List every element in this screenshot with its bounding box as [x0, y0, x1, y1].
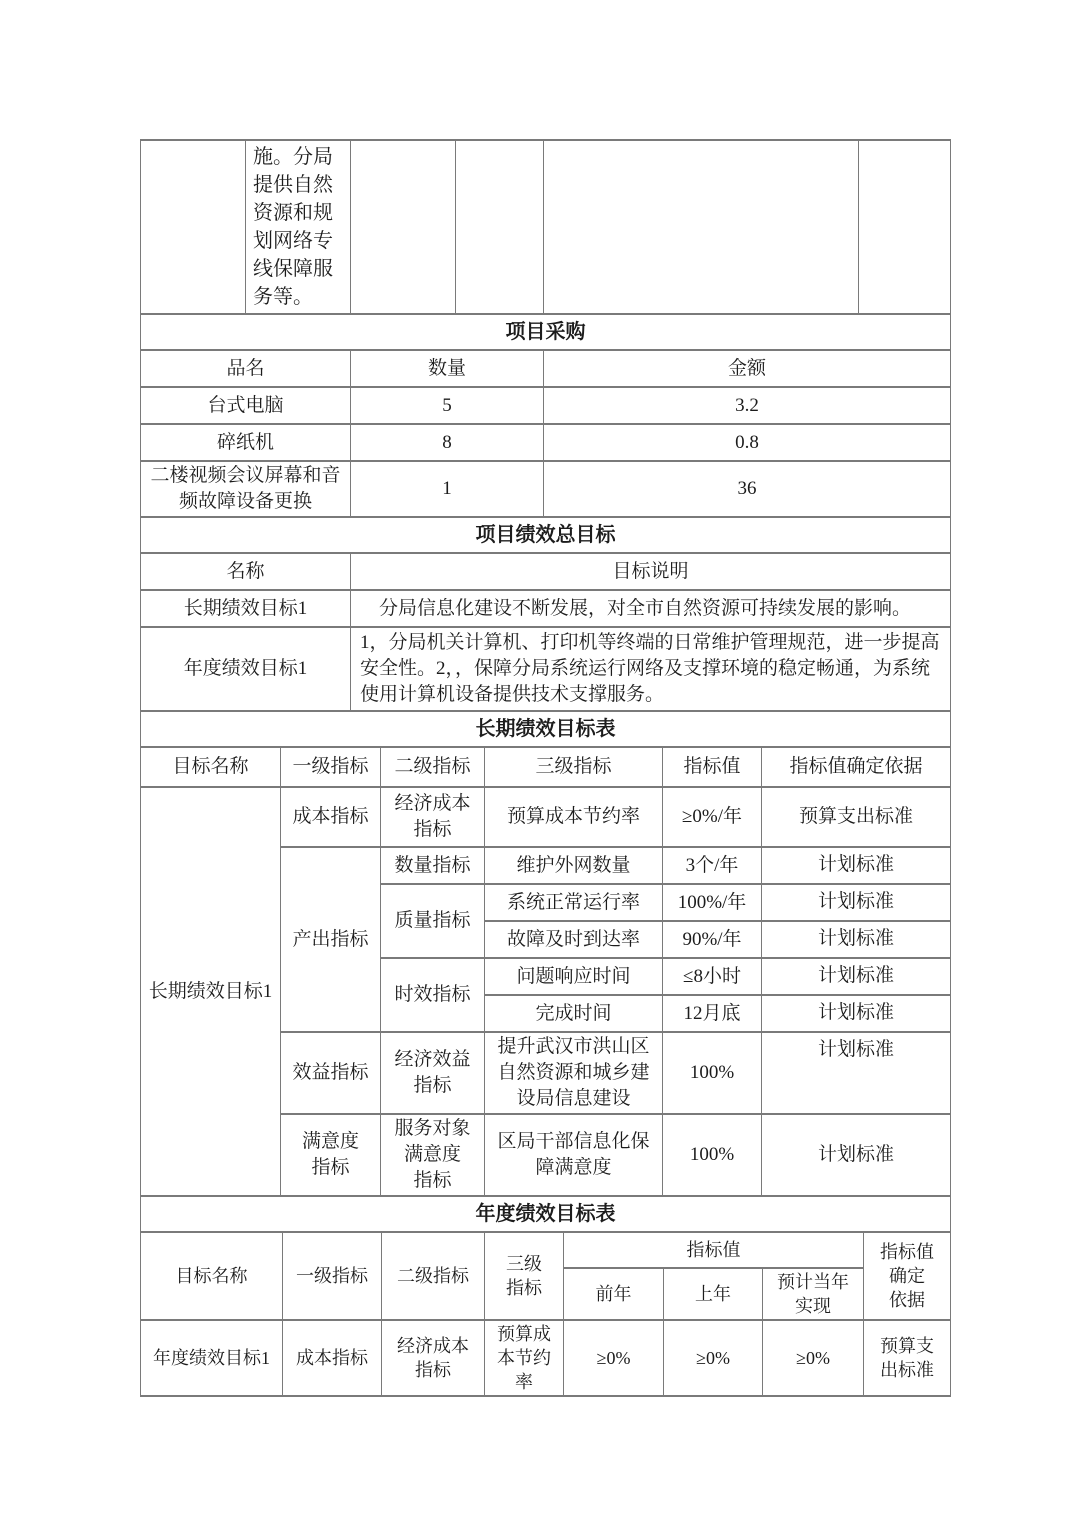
purchase-item-qty: 8 — [351, 424, 544, 461]
longterm-header-l2: 二级指标 — [381, 747, 485, 787]
annual-section-title: 年度绩效目标表 — [141, 1196, 951, 1232]
annual-header-goal: 目标名称 — [141, 1232, 283, 1320]
continuation-cell-empty — [544, 140, 859, 314]
longterm-header-l1: 一级指标 — [281, 747, 381, 787]
annual-row-basis: 预算支 出标准 — [864, 1320, 951, 1396]
longterm-header-goal: 目标名称 — [141, 747, 281, 787]
longterm-quantity-l3: 维护外网数量 — [485, 847, 663, 884]
overall-goal-name: 长期绩效目标1 — [141, 590, 351, 627]
longterm-quality-value: 100%/年 — [663, 884, 762, 921]
annual-row-goal: 年度绩效目标1 — [141, 1320, 283, 1396]
overall-header-name: 名称 — [141, 553, 351, 590]
annual-header-l1: 一级指标 — [283, 1232, 382, 1320]
annual-header-basis: 指标值 确定 依据 — [864, 1232, 951, 1320]
longterm-quality-value: 90%/年 — [663, 921, 762, 958]
longterm-timeliness-l3: 问题响应时间 — [485, 958, 663, 995]
longterm-output-l1: 产出指标 — [281, 847, 381, 1032]
longterm-cost-value: ≥0%/年 — [663, 787, 762, 847]
table-row: 长期绩效目标1 分局信息化建设不断发展，对全市自然资源可持续发展的影响。 — [141, 590, 951, 627]
purchase-item-amount: 0.8 — [544, 424, 951, 461]
longterm-benefit-value: 100% — [663, 1032, 762, 1114]
longterm-goal-name: 长期绩效目标1 — [141, 787, 281, 1196]
annual-row-l2: 经济成本 指标 — [382, 1320, 485, 1396]
continuation-cell-empty — [141, 140, 246, 314]
overall-goal-name: 年度绩效目标1 — [141, 627, 351, 711]
purchase-item-amount: 36 — [544, 461, 951, 517]
longterm-quality-basis: 计划标准 — [762, 884, 951, 921]
annual-row-prev: ≥0% — [664, 1320, 763, 1396]
longterm-quantity-basis: 计划标准 — [762, 847, 951, 884]
continuation-table: 施。分局 提供自然 资源和规 划网络专 线保障服 务等。 — [140, 139, 951, 315]
longterm-cost-l3: 预算成本节约率 — [485, 787, 663, 847]
annual-header-prev: 上年 — [664, 1268, 763, 1320]
annual-header-l2: 二级指标 — [382, 1232, 485, 1320]
annual-header-value-group: 指标值 — [564, 1232, 864, 1268]
longterm-satisfaction-l2: 服务对象 满意度 指标 — [381, 1114, 485, 1196]
table-row: 目标名称 一级指标 二级指标 三级指标 指标值 指标值确定依据 — [141, 747, 951, 787]
longterm-satisfaction-basis: 计划标准 — [762, 1114, 951, 1196]
purchase-header-qty: 数量 — [351, 350, 544, 387]
annual-goals-table: 年度绩效目标表 目标名称 一级指标 二级指标 三级 指标 指标值 指标值 确定 … — [140, 1195, 951, 1397]
table-row: 年度绩效目标1 成本指标 经济成本 指标 预算成 本节约 率 ≥0% ≥0% ≥… — [141, 1320, 951, 1396]
document-page: 施。分局 提供自然 资源和规 划网络专 线保障服 务等。 项目采购 品名 数量 … — [0, 0, 1075, 1520]
longterm-timeliness-l2: 时效指标 — [381, 958, 485, 1032]
longterm-header-basis: 指标值确定依据 — [762, 747, 951, 787]
purchase-item-amount: 3.2 — [544, 387, 951, 424]
longterm-header-l3: 三级指标 — [485, 747, 663, 787]
longterm-timeliness-value: ≤8小时 — [663, 958, 762, 995]
longterm-quantity-l2: 数量指标 — [381, 847, 485, 884]
annual-header-prev2: 前年 — [564, 1268, 664, 1320]
longterm-benefit-l3: 提升武汉市洪山区自然资源和城乡建设局信息建设 — [485, 1032, 663, 1114]
overall-goals-table: 项目绩效总目标 名称 目标说明 长期绩效目标1 分局信息化建设不断发展，对全市自… — [140, 516, 951, 712]
longterm-quality-basis: 计划标准 — [762, 921, 951, 958]
longterm-timeliness-basis: 计划标准 — [762, 995, 951, 1032]
table-row: 项目绩效总目标 — [141, 517, 951, 553]
longterm-quality-l3: 系统正常运行率 — [485, 884, 663, 921]
purchase-item-qty: 5 — [351, 387, 544, 424]
overall-header-desc: 目标说明 — [351, 553, 951, 590]
longterm-goals-table: 长期绩效目标表 目标名称 一级指标 二级指标 三级指标 指标值 指标值确定依据 … — [140, 710, 951, 1197]
annual-header-current: 预计当年 实现 — [763, 1268, 864, 1320]
overall-goal-desc: 分局信息化建设不断发展，对全市自然资源可持续发展的影响。 — [351, 590, 951, 627]
annual-row-current: ≥0% — [763, 1320, 864, 1396]
overall-section-title: 项目绩效总目标 — [141, 517, 951, 553]
table-row: 年度绩效目标表 — [141, 1196, 951, 1232]
purchase-header-amount: 金额 — [544, 350, 951, 387]
longterm-quality-l2: 质量指标 — [381, 884, 485, 958]
purchase-header-name: 品名 — [141, 350, 351, 387]
longterm-cost-l1: 成本指标 — [281, 787, 381, 847]
longterm-cost-basis: 预算支出标准 — [762, 787, 951, 847]
continuation-cell-empty — [859, 140, 951, 314]
table-row: 碎纸机 8 0.8 — [141, 424, 951, 461]
longterm-benefit-l1: 效益指标 — [281, 1032, 381, 1114]
longterm-timeliness-basis: 计划标准 — [762, 958, 951, 995]
table-row: 台式电脑 5 3.2 — [141, 387, 951, 424]
longterm-satisfaction-l1: 满意度 指标 — [281, 1114, 381, 1196]
document-tables: 施。分局 提供自然 资源和规 划网络专 线保障服 务等。 项目采购 品名 数量 … — [140, 139, 950, 1397]
annual-row-l3: 预算成 本节约 率 — [485, 1320, 564, 1396]
overall-goal-desc: 1，分局机关计算机、打印机等终端的日常维护管理规范，进一步提高安全性。2，，保障… — [351, 627, 951, 711]
longterm-header-value: 指标值 — [663, 747, 762, 787]
table-row: 长期绩效目标表 — [141, 711, 951, 747]
purchase-item-qty: 1 — [351, 461, 544, 517]
table-row: 品名 数量 金额 — [141, 350, 951, 387]
purchase-item-name: 二楼视频会议屏幕和音频故障设备更换 — [141, 461, 351, 517]
longterm-benefit-basis: 计划标准 — [762, 1032, 951, 1114]
continuation-cell-empty — [456, 140, 544, 314]
longterm-cost-l2: 经济成本 指标 — [381, 787, 485, 847]
table-row: 长期绩效目标1 成本指标 经济成本 指标 预算成本节约率 ≥0%/年 预算支出标… — [141, 787, 951, 847]
longterm-timeliness-value: 12月底 — [663, 995, 762, 1032]
purchase-table: 项目采购 品名 数量 金额 台式电脑 5 3.2 碎纸机 8 0.8 二楼视频会… — [140, 313, 951, 518]
table-row: 施。分局 提供自然 资源和规 划网络专 线保障服 务等。 — [141, 140, 951, 314]
purchase-item-name: 台式电脑 — [141, 387, 351, 424]
table-row: 二楼视频会议屏幕和音频故障设备更换 1 36 — [141, 461, 951, 517]
continuation-cell-text: 施。分局 提供自然 资源和规 划网络专 线保障服 务等。 — [246, 140, 351, 314]
table-row: 项目采购 — [141, 314, 951, 350]
longterm-section-title: 长期绩效目标表 — [141, 711, 951, 747]
longterm-benefit-l2: 经济效益 指标 — [381, 1032, 485, 1114]
annual-row-l1: 成本指标 — [283, 1320, 382, 1396]
purchase-item-name: 碎纸机 — [141, 424, 351, 461]
table-row: 目标名称 一级指标 二级指标 三级 指标 指标值 指标值 确定 依据 — [141, 1232, 951, 1268]
longterm-quality-l3: 故障及时到达率 — [485, 921, 663, 958]
longterm-timeliness-l3: 完成时间 — [485, 995, 663, 1032]
longterm-satisfaction-l3: 区局干部信息化保障满意度 — [485, 1114, 663, 1196]
table-row: 名称 目标说明 — [141, 553, 951, 590]
longterm-satisfaction-value: 100% — [663, 1114, 762, 1196]
annual-row-prev2: ≥0% — [564, 1320, 664, 1396]
table-row: 年度绩效目标1 1，分局机关计算机、打印机等终端的日常维护管理规范，进一步提高安… — [141, 627, 951, 711]
annual-header-l3: 三级 指标 — [485, 1232, 564, 1320]
continuation-cell-empty — [351, 140, 456, 314]
longterm-quantity-value: 3个/年 — [663, 847, 762, 884]
purchase-section-title: 项目采购 — [141, 314, 951, 350]
